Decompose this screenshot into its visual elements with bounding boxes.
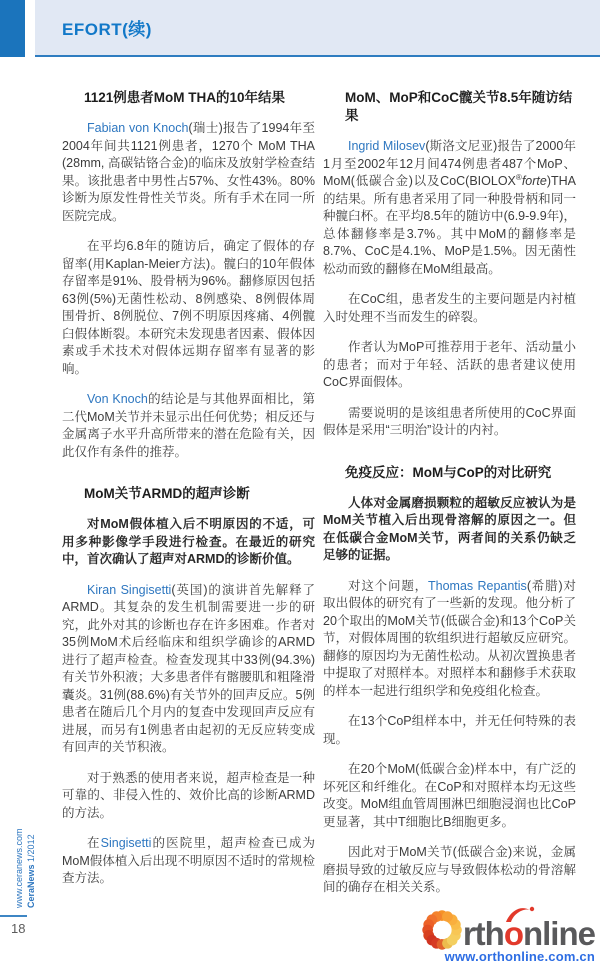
section-heading: MoM关节ARMD的超声诊断 — [62, 485, 315, 503]
paragraph: 在Singisetti的医院里，超声检查已成为MoM假体植入后出现不明原因不适时… — [62, 835, 315, 888]
paragraph: 在CoC组，患者发生的主要问题是内衬植入时处理不当而发生的碎裂。 — [323, 291, 576, 326]
logo-ring-icon — [420, 906, 466, 952]
page-number-rule — [0, 915, 27, 917]
text-run: 对这个问题， — [348, 579, 428, 593]
section-mom-mop-coc-followup: MoM、MoP和CoC髋关节8.5年随访结果 Ingrid Milosev(斯洛… — [323, 89, 576, 440]
paragraph: 在20个MoM(低碳合金)样本中，有广泛的坏死区和纤维化。在CoP和对照样本均无… — [323, 761, 576, 831]
paragraph: Ingrid Milosev(斯洛文尼亚)报告了2000年1月至2002年12月… — [323, 138, 576, 278]
author-name: Von Knoch — [87, 392, 148, 406]
paragraph: 因此对于MoM关节(低碳合金)来说，金属磨损导致的过敏反应与导致假体松动的骨溶解… — [323, 844, 576, 897]
text-run: 在 — [87, 836, 101, 850]
text-run: (希腊)对取出假体的研究有了一些新的发现。他分析了20个取出的MoM关节(低碳合… — [323, 579, 576, 698]
header-accent-bar — [0, 0, 25, 57]
text-run: (英国)的演讲首先解释了ARMD。其复杂的发生机制需要进一步的研究，此外对其的诊… — [62, 583, 315, 755]
paragraph: Fabian von Knoch(瑞士)报告了1994年至2004年间共1121… — [62, 120, 315, 225]
left-column: 1121例患者MoM THA的10年结果 Fabian von Knoch(瑞士… — [62, 85, 315, 897]
section-heading: 免疫反应：MoM与CoP的对比研究 — [323, 464, 576, 482]
paragraph: 在13个CoP组样本中，并无任何特殊的表现。 — [323, 713, 576, 748]
page-title: EFORT(续) — [62, 15, 152, 40]
section-armd-ultrasound: MoM关节ARMD的超声诊断 对MoM假体植入后不明原因的不适，可用多种影像学手… — [62, 485, 315, 888]
product-name-italic: forte — [522, 174, 547, 188]
section-mom-tha-10yr: 1121例患者MoM THA的10年结果 Fabian von Knoch(瑞士… — [62, 89, 315, 461]
text-run: 对MoM假体植入后不明原因的不适，可用多种影像学手段进行检查。在最近的研究中，首… — [62, 517, 315, 566]
text-run: 在CoC组，患者发生的主要问题是内衬植入时处理不当而发生的碎裂。 — [323, 292, 576, 324]
author-name: Ingrid Milosev — [348, 139, 425, 153]
paragraph: 对这个问题，Thomas Repantis(希腊)对取出假体的研究有了一些新的发… — [323, 578, 576, 701]
logo-swoosh-icon — [505, 905, 535, 923]
page-header: EFORT(续) — [35, 0, 600, 57]
text-run: 对于熟悉的使用者来说，超声检查是一种可靠的、非侵入性的、效价比高的诊断ARMD的… — [62, 771, 315, 820]
paragraph: Von Knoch的结论是与其他界面相比，第二代MoM关节并未显示出任何优势；相… — [62, 391, 315, 461]
text-run: 因此对于MoM关节(低碳合金)来说，金属磨损导致的过敏反应与导致假体松动的骨溶解… — [323, 845, 576, 894]
text-run: 在13个CoP组样本中，并无任何特殊的表现。 — [323, 714, 576, 746]
paragraph: 对于熟悉的使用者来说，超声检查是一种可靠的、非侵入性的、效价比高的诊断ARMD的… — [62, 770, 315, 823]
paragraph: 需要说明的是该组患者所使用的CoC界面假体是采用“三明治”设计的内衬。 — [323, 405, 576, 440]
logo-text-prefix: rth — [463, 915, 504, 952]
text-run: 需要说明的是该组患者所使用的CoC界面假体是采用“三明治”设计的内衬。 — [323, 406, 576, 438]
orthonline-logo-row: rthonline — [420, 906, 595, 950]
author-name: Kiran Singisetti — [87, 583, 171, 597]
text-run: 在平均6.8年的随访后，确定了假体的存留率(用Kaplan-Meier方法)。髋… — [62, 239, 315, 376]
text-run: 人体对金属磨损颗粒的超敏反应被认为是MoM关节植入后出现骨溶解的原因之一。但在低… — [323, 496, 576, 563]
text-run: (瑞士)报告了1994年至2004年间共1121例患者，1270个 MoM TH… — [62, 121, 315, 223]
article-body: 1121例患者MoM THA的10年结果 Fabian von Knoch(瑞士… — [62, 85, 576, 897]
text-run: 在20个MoM(低碳合金)样本中，有广泛的坏死区和纤维化。在CoP和对照样本均无… — [323, 762, 576, 829]
section-immune-response: 免疫反应：MoM与CoP的对比研究 人体对金属磨损颗粒的超敏反应被认为是MoM关… — [323, 464, 576, 897]
journal-brand: CeraNews — [26, 864, 36, 908]
paragraph: 在平均6.8年的随访后，确定了假体的存留率(用Kaplan-Meier方法)。髋… — [62, 238, 315, 378]
paragraph: Kiran Singisetti(英国)的演讲首先解释了ARMD。其复杂的发生机… — [62, 582, 315, 757]
section-heading: 1121例患者MoM THA的10年结果 — [62, 89, 315, 107]
logo-wordmark: rthonline — [463, 918, 595, 950]
lead-paragraph: 对MoM假体植入后不明原因的不适，可用多种影像学手段进行检查。在最近的研究中，首… — [62, 516, 315, 569]
lead-paragraph: 人体对金属磨损颗粒的超敏反应被认为是MoM关节植入后出现骨溶解的原因之一。但在低… — [323, 495, 576, 565]
author-name: Fabian von Knoch — [87, 121, 188, 135]
section-heading: MoM、MoP和CoC髋关节8.5年随访结果 — [323, 89, 576, 125]
author-name: Singisetti — [101, 836, 152, 850]
logo-letter-o: o — [504, 918, 523, 950]
orthonline-logo: rthonline www.orthonline.com.cn — [420, 906, 595, 964]
right-column: MoM、MoP和CoC髋关节8.5年随访结果 Ingrid Milosev(斯洛… — [323, 85, 576, 897]
page-number: 18 — [11, 921, 25, 936]
text-run: 作者认为MoP可推荐用于老年、活动量小的患者；而对于年轻、活跃的患者建议使用Co… — [323, 340, 576, 389]
text-run: )THA的结果。所有患者采用了同一种股骨柄和同一种髋臼杯。在平均8.5年的随访中… — [323, 174, 576, 276]
journal-issue-number: 1/2012 — [26, 834, 36, 862]
paragraph: 作者认为MoP可推荐用于老年、活动量小的患者；而对于年轻、活跃的患者建议使用Co… — [323, 339, 576, 392]
author-name: Thomas Repantis — [428, 579, 527, 593]
